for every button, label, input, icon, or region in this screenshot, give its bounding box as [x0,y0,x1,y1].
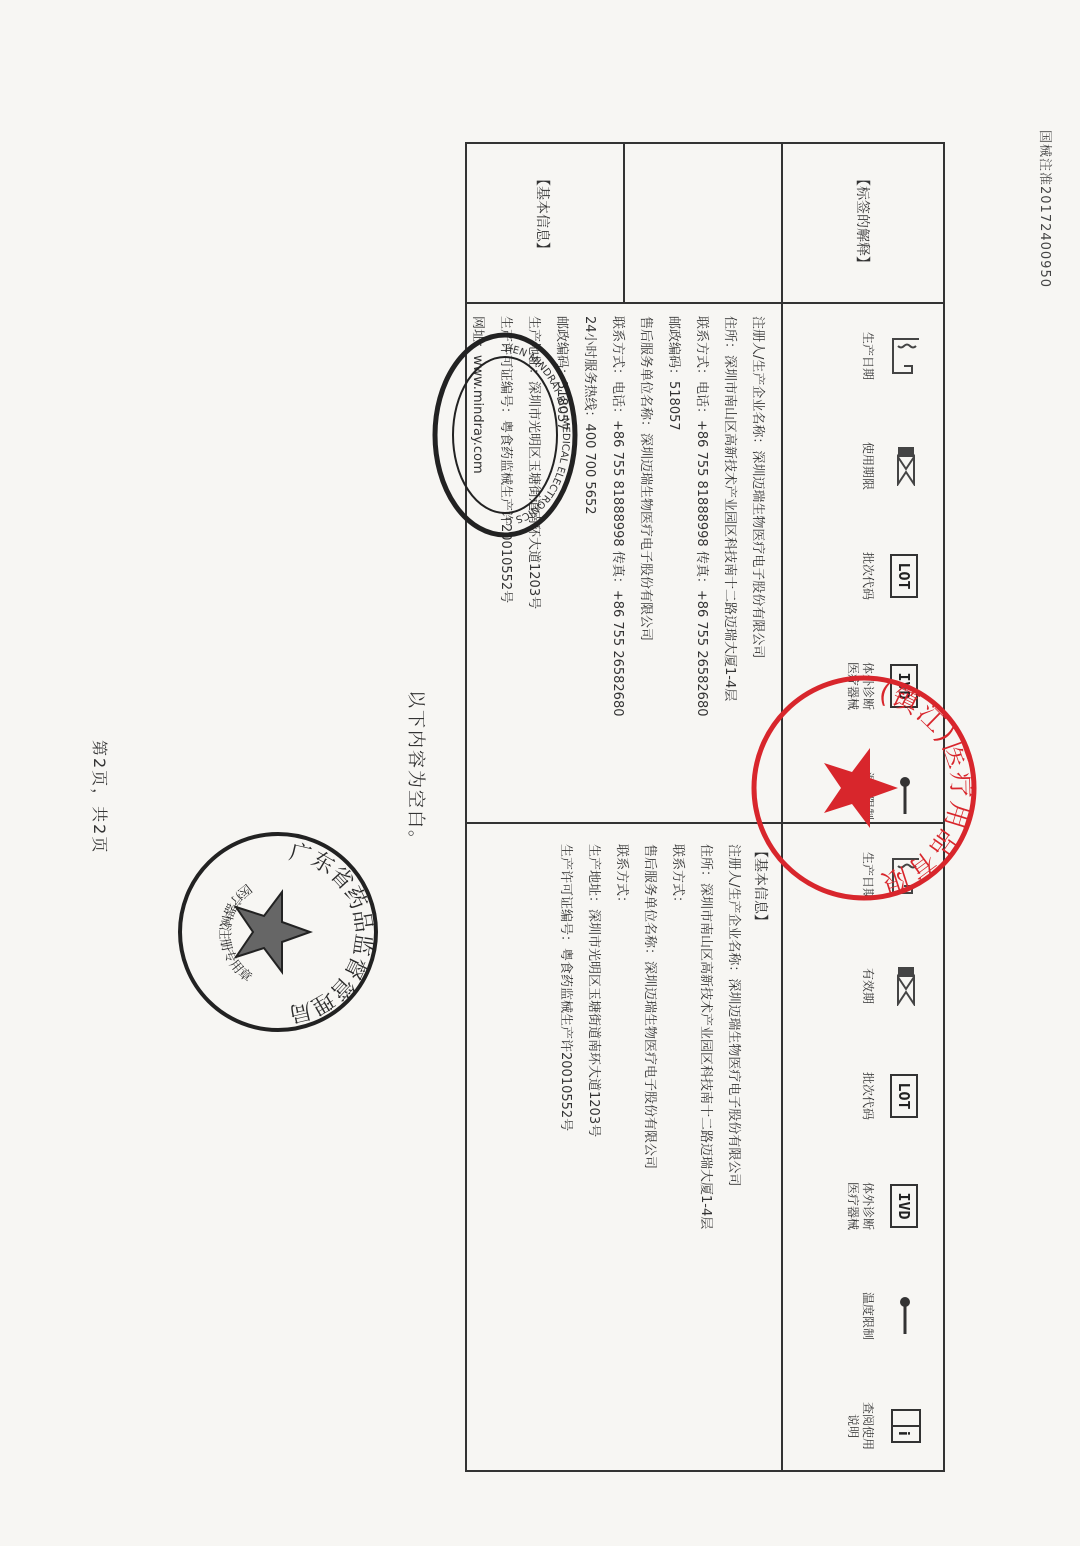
symbol-item: i查阅使用说明 [845,1394,923,1458]
right-basic-info: 注册人/生产企业名称：深圳迈瑞生物医疗电子股份有限公司住所：深圳市南山区高新技术… [551,844,747,1229]
info-line: 住所：深圳市南山区高新技术产业园区科技南十二路迈瑞大厦1-4层 [715,316,743,717]
symbol-label: 使用期限 [860,442,875,490]
header-row-divider [623,144,625,302]
info-line: 生产地址：深圳市光明区玉塘街道南环大道1203号 [579,844,607,1229]
consult-instructions-icon: i [887,1409,921,1443]
symbol-label: 批次代码 [860,1072,875,1120]
info-line: 联系方式：电话：+86 755 81888998 传真：+86 755 2658… [687,316,715,717]
ivd-icon: IVD [890,1184,918,1227]
svg-text:医疗器械注册专用章: 医疗器械注册专用章 [216,880,254,985]
info-line: 注册人/生产企业名称：深圳迈瑞生物医疗电子股份有限公司 [743,316,771,717]
info-line: 联系方式： [607,844,635,1229]
header-basic-info: 【基本信息】 [533,172,553,256]
symbol-label: 批次代码 [860,552,875,600]
info-line: 售后服务单位名称：深圳迈瑞生物医疗电子股份有限公司 [635,844,663,1229]
temperature-limit-icon [895,1296,914,1336]
registration-number: 国械注准20172400950 [1037,130,1056,288]
info-line: 注册人/生产企业名称：深圳迈瑞生物医疗电子股份有限公司 [719,844,747,1229]
symbol-label: 生产日期 [860,332,875,380]
lot-icon: LOT [890,1074,918,1117]
info-line: 售后服务单位名称：深圳迈瑞生物医疗电子股份有限公司 [631,316,659,717]
red-company-seal: 宜昌(镇江)医疗用品有限公司 [748,672,980,904]
info-line: 住所：深圳市南山区高新技术产业园区科技南十二路迈瑞大厦1-4层 [691,844,719,1229]
lot-icon: LOT [890,554,918,597]
symbol-item: LOT批次代码 [860,1064,923,1128]
symbol-label: 温度限制 [860,1292,875,1340]
svg-text:宜昌(镇江)医疗用品有限公司: 宜昌(镇江)医疗用品有限公司 [876,672,980,898]
right-symbol-row: 生产日期有效期LOT批次代码IVD体外诊断医疗器械温度限制i查阅使用说明 [845,844,923,1458]
symbol-item: 使用期限 [860,434,923,498]
provincial-registration-seal: 广东省药品监督管理局 医疗器械注册专用章 [175,830,380,1035]
document-page: 国械注准20172400950 【标签的解释】 【基本信息】 生产日期使用期限L… [0,0,1080,1546]
symbol-item: 温度限制 [860,1284,923,1348]
symbol-label: 查阅使用说明 [845,1402,875,1450]
hourglass-icon [890,446,918,486]
symbol-item: 生产日期 [860,324,923,388]
symbol-label: 体外诊断医疗器械 [845,1182,875,1230]
blank-note: 以下内容为空白。 [404,690,430,850]
info-line: 联系方式：电话：+86 755 81888998 传真：+86 755 2658… [603,316,631,717]
page-number: 第2页，共2页 [89,740,112,854]
header-label-explanation: 【标签的解释】 [853,172,873,270]
symbol-label: 有效期 [860,968,875,1004]
info-line: 邮政编码：518057 [659,316,687,717]
oval-manufacturer-seal: SHENZHEN MINDRAY BIO-MEDICAL ELECTRONICS… [430,330,580,540]
svg-text:i: i [895,1431,911,1436]
info-line: 生产许可证编号：粤食药监械生产许20010552号 [551,844,579,1229]
symbol-item: 有效期 [860,954,923,1018]
manufacture-date-icon [886,336,922,376]
symbol-item: IVD体外诊断医疗器械 [845,1174,923,1238]
hourglass-icon [890,966,918,1006]
header-column-divider [467,302,943,304]
symbol-item: LOT批次代码 [860,544,923,608]
info-line: 联系方式： [663,844,691,1229]
